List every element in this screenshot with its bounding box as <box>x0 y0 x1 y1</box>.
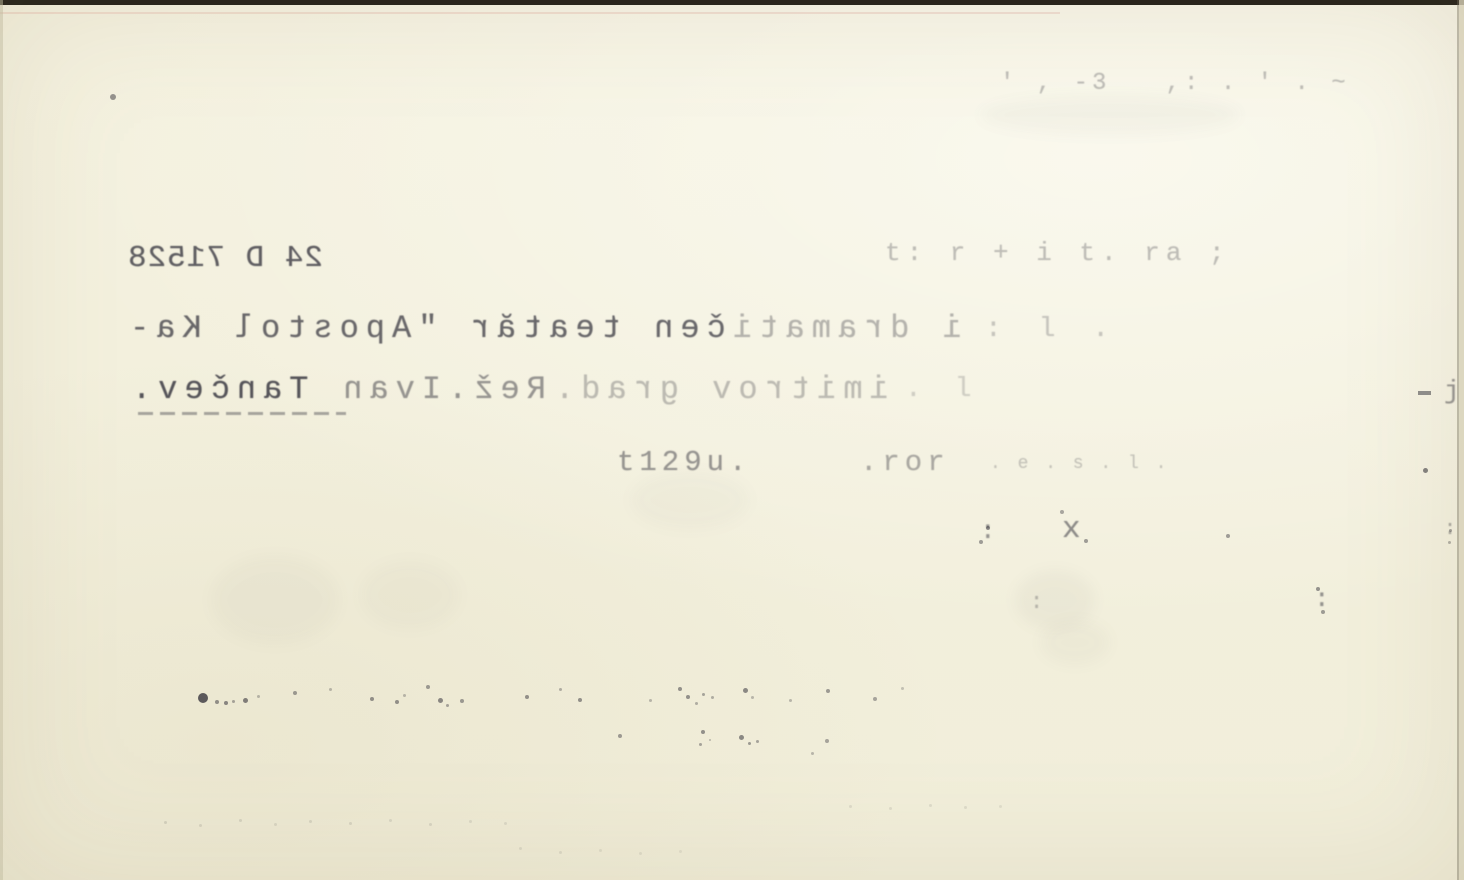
ink-dot <box>164 821 167 824</box>
ink-dot <box>748 742 751 745</box>
ink-dot <box>986 526 990 530</box>
type-line-director-noise: . l <box>905 376 1005 404</box>
ink-dot <box>199 824 202 827</box>
ink-dot <box>811 752 814 755</box>
type-line-imprint-ser: .ror <box>860 448 980 477</box>
ink-dot <box>701 730 705 734</box>
ink-dot <box>789 699 792 702</box>
ink-dot <box>110 94 116 100</box>
ink-dot <box>699 743 702 746</box>
ink-dot <box>578 698 582 702</box>
ink-dot <box>395 700 399 704</box>
ink-smudge <box>980 95 1240 135</box>
ink-dot <box>349 822 352 825</box>
ink-dot <box>257 695 260 698</box>
ink-dot <box>329 688 332 691</box>
ink-dot <box>1321 610 1325 614</box>
ink-smudge <box>360 560 460 630</box>
type-line-acc-number: 24 D 71528 <box>127 243 337 274</box>
type-line-x-mark: x <box>1062 514 1102 545</box>
ink-dot <box>849 805 852 808</box>
ink-dot <box>756 740 759 743</box>
ink-dot <box>370 697 374 701</box>
type-line-title-strong: čen teatăr "Apostol Ka- <box>123 313 733 345</box>
ink-dot <box>825 739 829 743</box>
ink-dot <box>469 820 472 823</box>
ink-dot <box>711 696 714 699</box>
ink-dot <box>274 823 277 826</box>
ink-dot <box>929 804 932 807</box>
rule-pink-rule <box>0 12 1060 14</box>
rule-dash-mark <box>1418 391 1431 395</box>
rule-right-edge-shade <box>1459 0 1464 880</box>
ink-dot <box>599 849 602 852</box>
ink-dot <box>826 689 830 693</box>
ink-dot <box>519 847 522 850</box>
ink-dot <box>901 687 904 690</box>
ink-dot <box>1226 534 1230 538</box>
ink-dot <box>964 806 967 809</box>
ink-dot <box>243 698 248 703</box>
ink-dot <box>873 697 877 701</box>
type-line-line1-noise: t: r + i t. ra ; <box>885 240 1235 266</box>
type-line-edge-j: j <box>1444 378 1462 404</box>
ink-dot <box>1423 468 1428 473</box>
type-line-title-faint: i dramati <box>726 313 966 345</box>
ink-dot <box>702 693 705 696</box>
ink-dot <box>889 807 892 810</box>
ink-dot <box>438 698 443 703</box>
ink-smudge <box>1040 620 1110 665</box>
ink-dot <box>429 823 432 826</box>
ink-dot <box>389 819 392 822</box>
ink-dot <box>198 693 208 703</box>
type-line-top-scrawl: ' , -3 ,: . ' . ~ <box>1000 72 1330 96</box>
ink-dot <box>559 688 562 691</box>
type-line-director-faint: imitrov grad. <box>548 374 893 406</box>
ink-dot <box>999 805 1002 808</box>
ink-dot <box>1449 529 1452 532</box>
ink-dot <box>1084 539 1088 543</box>
ink-dot <box>751 696 754 699</box>
ink-dot <box>743 688 748 693</box>
catalog-card: 24 D 71528t: r + i t. ra ;čen teatăr "Ap… <box>0 0 1464 880</box>
ink-dot <box>1060 510 1064 514</box>
ink-dot <box>239 819 242 822</box>
ink-dot <box>695 702 698 705</box>
ink-dot <box>215 700 219 704</box>
ink-smudge <box>630 470 750 530</box>
ink-smudge <box>210 555 340 645</box>
ink-dot <box>618 734 622 738</box>
type-line-edge-colon: : <box>1444 520 1460 540</box>
rule-top-edge <box>0 0 1464 5</box>
ink-dot <box>525 695 529 699</box>
ink-dot <box>403 694 406 697</box>
ink-dot <box>504 822 507 825</box>
ink-dot <box>739 735 744 740</box>
ink-dot <box>686 695 690 699</box>
ink-dot <box>1316 587 1320 591</box>
ink-dot <box>559 851 562 854</box>
ink-dot <box>639 852 642 855</box>
ink-dot <box>709 739 711 741</box>
ink-dot <box>460 699 464 703</box>
ink-dot <box>678 687 682 691</box>
type-line-title-noise: : l . <box>985 316 1135 344</box>
ink-dot <box>293 691 297 695</box>
ink-dot <box>426 685 430 689</box>
ink-dot <box>1448 541 1451 544</box>
type-line-director-mid: Rež.Ivan <box>310 374 548 406</box>
type-line-imprint-noise: . e . s . l . <box>990 455 1160 473</box>
ink-dot <box>309 820 312 823</box>
ink-dot <box>649 699 652 702</box>
type-line-colon-mark: : <box>980 518 1000 544</box>
rule-left-edge-shade <box>0 0 3 880</box>
type-line-director-strong: Tančev. <box>125 374 310 406</box>
tanchev-underline <box>138 412 346 415</box>
ink-dot <box>979 540 983 544</box>
ink-dot <box>232 700 235 703</box>
ink-dot <box>224 701 228 705</box>
ink-dot <box>679 850 682 853</box>
ink-dot <box>446 704 449 707</box>
